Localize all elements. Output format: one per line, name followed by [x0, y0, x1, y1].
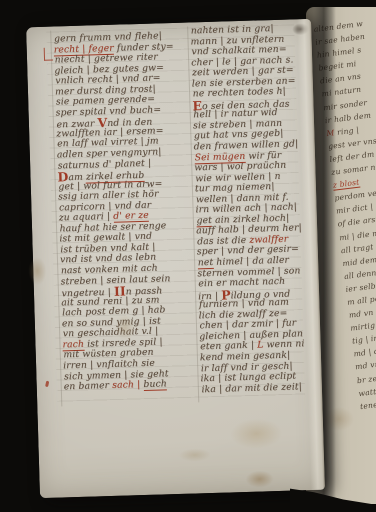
ink-text: buch [143, 378, 167, 391]
ink-text: ain zirkel hoch| [212, 212, 290, 225]
facing-page-text: alten dem wir sae habenhin himel sbegeit… [313, 14, 376, 412]
ink-text: m all perm [347, 293, 376, 307]
ink-text: hell | ir natur wid [193, 107, 278, 120]
ink-text: ein er macht nach [198, 276, 285, 290]
ink-text: get [196, 215, 212, 227]
ink-text: net [198, 257, 214, 269]
ink-text: furniern | vnd nam [199, 297, 289, 311]
rubric-text: sach | [112, 379, 144, 391]
ink-text: lach post dem g | hab [62, 305, 166, 319]
ink-text: md vn | mi [348, 306, 376, 320]
ink-text: en laff wal virret | jm [57, 136, 159, 150]
rubric-initial: II [114, 284, 126, 299]
ink-text: nast vonken mit ach [61, 263, 158, 277]
stain [230, 418, 283, 450]
ink-text: md | der fil [353, 344, 376, 358]
ink-text: ne rechten todes h| [193, 86, 286, 100]
ink-text: nahten ist in gra| [191, 23, 274, 36]
ink-text: ir laff vnd ir gesch| [201, 360, 293, 374]
ink-text: sich ymmen | sie geht [64, 368, 169, 382]
rubric-margin-mark [45, 381, 49, 387]
ink-text: chen | dar zmir | fur [199, 318, 296, 332]
stain [245, 470, 273, 488]
ink-text: gut hat vns gegeb| [194, 128, 284, 142]
ink-text: himel | da aller [213, 255, 289, 268]
ink-text: en zwar [56, 119, 97, 131]
ink-text: mit wüsten graben [63, 347, 154, 361]
ink-text: niecht | getrewe riter [54, 52, 157, 66]
ink-text: das ist die [197, 235, 250, 248]
ink-text: wie wir wellen | n [195, 171, 281, 185]
ink-text: vn geschaidhait v.l | [63, 326, 159, 340]
ink-text: get | wol furt in arw= [58, 178, 162, 192]
ink-text: n passh [126, 286, 163, 298]
ink-text: saturnus d' planet | [58, 157, 152, 171]
stain [179, 448, 211, 462]
ink-text: ist trüben vnd kalt | [60, 242, 155, 256]
ink-text: zeit werden | gar st= [192, 65, 294, 79]
stain [28, 257, 47, 286]
ink-text: eten gank | [200, 340, 257, 353]
ink-text: ring | [334, 125, 360, 137]
ink-text: wellen | dann mit f. [196, 191, 289, 205]
rubric-margin-bracket [44, 48, 53, 61]
ink-text: wir für [245, 149, 281, 161]
ink-text: tig | im nad [352, 331, 376, 346]
left-text-column: gern frumm vnd flehe|recht | feger funde… [53, 30, 202, 393]
ink-text: vnd schalkait men= [191, 44, 286, 58]
manuscript-line: ika | dar mit die zeit| [201, 381, 323, 395]
rubric-text: zwalffer [249, 234, 288, 246]
rubric-text: Sei mügen [194, 150, 245, 164]
manuscript-photo: alten dem wir sae habenhin himel sbegeit… [0, 0, 376, 512]
rubric-initial: V [97, 115, 107, 130]
manuscript-page: gern frumm vnd flehe|recht | feger funde… [26, 19, 325, 498]
ink-text: nd in den [107, 117, 152, 129]
ink-text: capricorn | vnd dar [59, 199, 152, 213]
ink-text: sie pamen gerende= [56, 94, 155, 108]
ink-text: ika | dar mit die zeit| [201, 381, 302, 395]
right-text-column: nahten ist in gra|mann | zu vnfleternvnd… [190, 23, 323, 396]
ink-text: wenn ni [263, 339, 304, 351]
ink-text: tener ad [360, 398, 376, 411]
ink-text: vnlich recht | vnd ar= [55, 73, 161, 87]
ink-text: ier selbstn [345, 280, 376, 294]
ink-text: vngetreu | [61, 287, 114, 300]
stain [324, 407, 354, 431]
